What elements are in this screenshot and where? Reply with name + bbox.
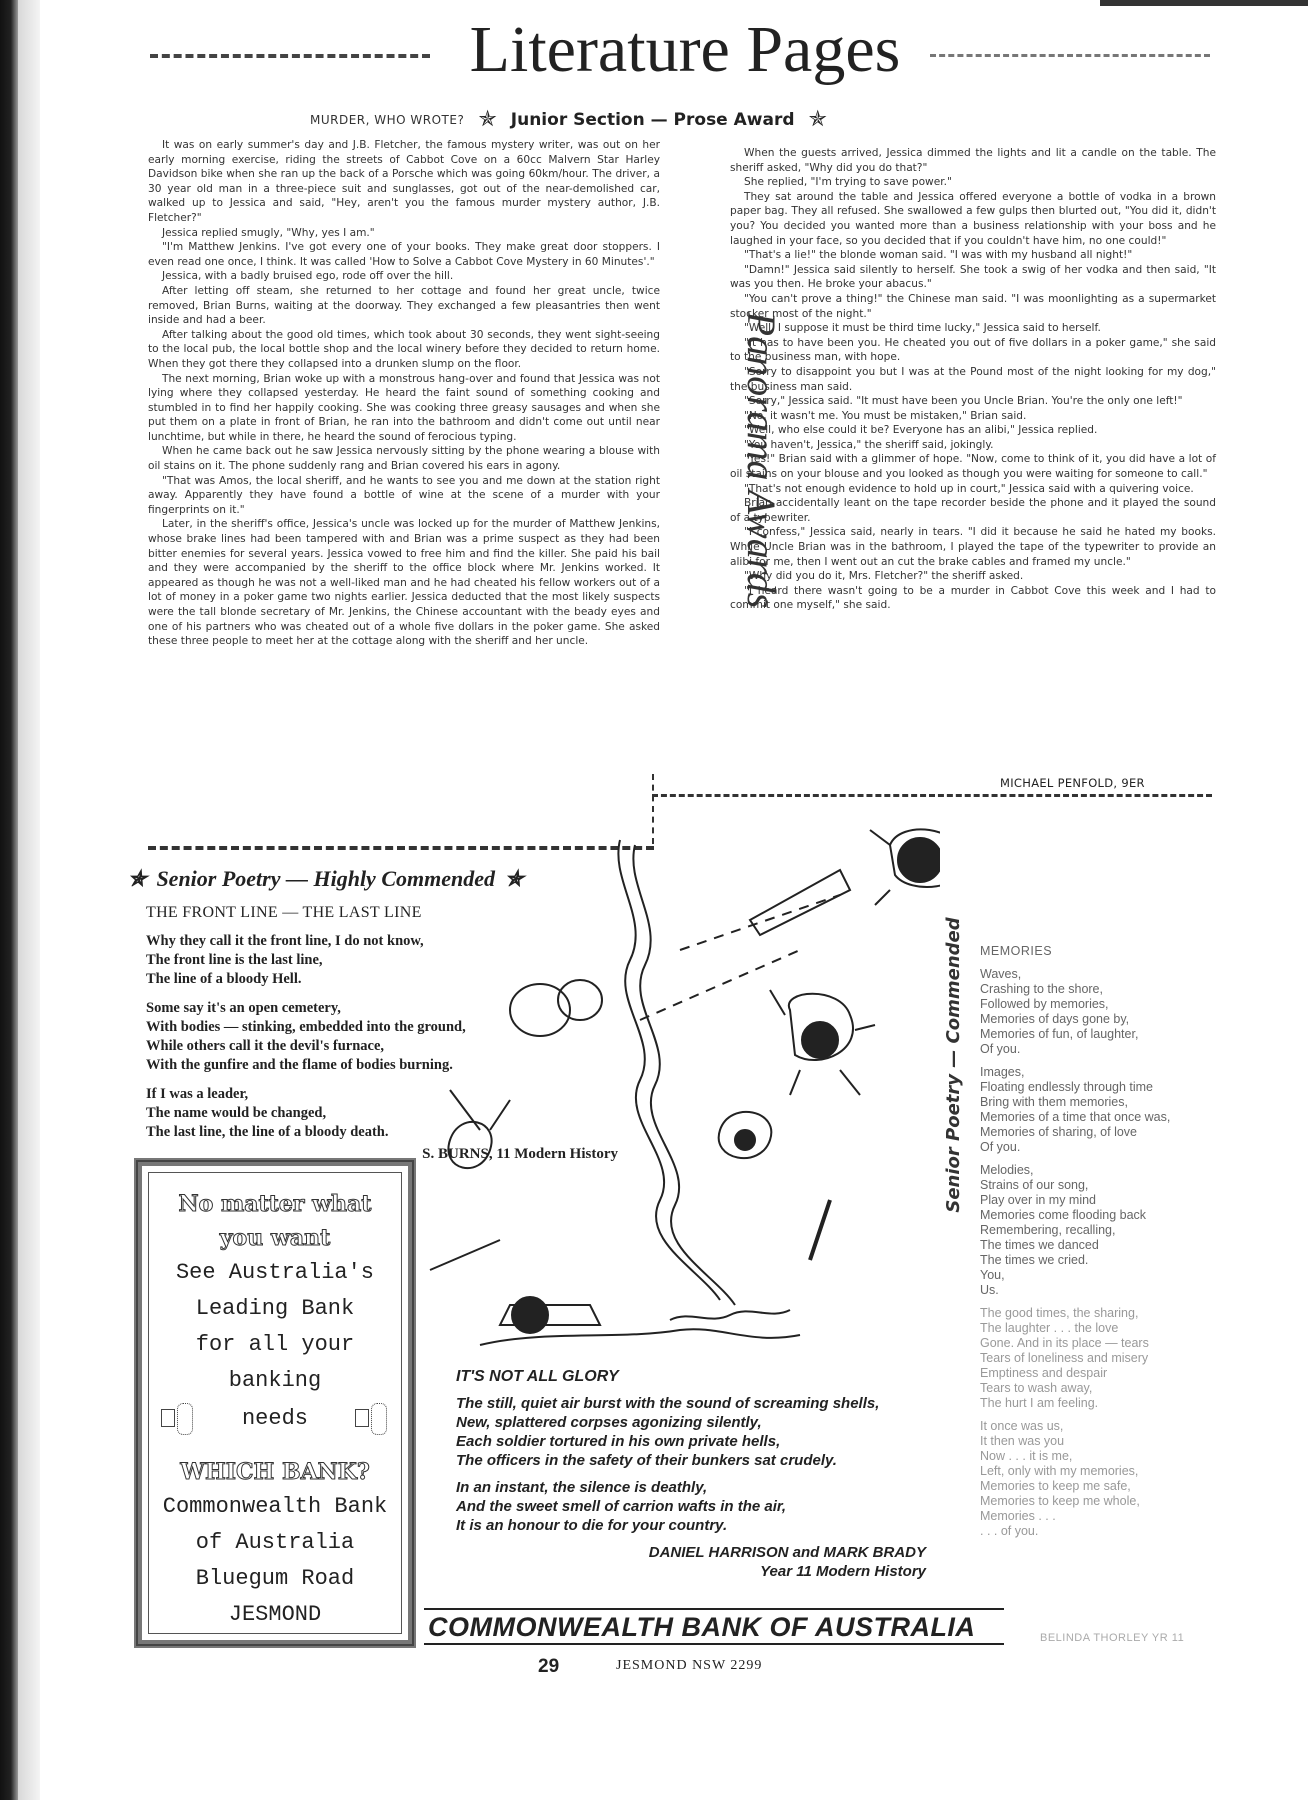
stanza: Waves, Crashing to the shore, Followed b… <box>980 967 1220 1057</box>
star-icon: ✯ <box>478 109 496 131</box>
poem-line: It is an honour to die for your country. <box>456 1516 926 1535</box>
paragraph: "That's a lie!" the blonde woman said. "… <box>730 248 1216 263</box>
poem-line: Waves, <box>980 967 1220 982</box>
paragraph: Jessica replied smugly, "Why, yes I am." <box>148 226 660 241</box>
poem-not-all-glory: IT'S NOT ALL GLORY The still, quiet air … <box>456 1368 926 1581</box>
header-dashes-left <box>150 54 430 58</box>
poem-line: Strains of our song, <box>980 1178 1220 1193</box>
book-binding-shadow <box>0 0 18 1800</box>
paragraph: After letting off steam, she returned to… <box>148 284 660 328</box>
poem-line: Melodies, <box>980 1163 1220 1178</box>
poem-author: DANIEL HARRISON and MARK BRADY <box>456 1543 926 1562</box>
poem-line: Now . . . it is me, <box>980 1449 1220 1464</box>
poem-line: Of you. <box>980 1042 1220 1057</box>
paragraph: "Sorry," Jessica said. "It must have bee… <box>730 394 1216 409</box>
ad-text: needs <box>242 1401 308 1437</box>
paragraph: She replied, "I'm trying to save power." <box>730 175 1216 190</box>
poem-line: The laughter . . . the love <box>980 1321 1220 1336</box>
war-sketch-illustration <box>420 800 940 1360</box>
ad-text: of Australia <box>149 1525 401 1561</box>
poem-line: The hurt I am feeling. <box>980 1396 1220 1411</box>
poem-line: The times we cried. <box>980 1253 1220 1268</box>
bank-sponsor-banner: COMMONWEALTH BANK OF AUSTRALIA <box>424 1608 1004 1645</box>
prose-column-left: It was on early summer's day and J.B. Fl… <box>148 138 660 649</box>
bank-name: COMMONWEALTH BANK OF AUSTRALIA <box>424 1610 1004 1643</box>
section-subheading: MURDER, WHO WROTE? ✯ Junior Section — Pr… <box>310 105 910 135</box>
page-number: 29 <box>538 1656 559 1678</box>
ad-text: See Australia's <box>149 1255 401 1291</box>
paragraph: Later, in the sheriff's office, Jessica'… <box>148 517 660 648</box>
poem-title: MEMORIES <box>980 944 1220 959</box>
poem-line: New, splattered corpses agonizing silent… <box>456 1413 926 1432</box>
poem-line: Bring with them memories, <box>980 1095 1220 1110</box>
ad-text: Bluegum Road <box>149 1561 401 1597</box>
prose-byline: MICHAEL PENFOLD, 9ER <box>1000 776 1145 790</box>
ad-text: for all your banking <box>149 1327 401 1399</box>
page-header: Literature Pages <box>150 18 1210 88</box>
paragraph: "Why did you do it, Mrs. Fletcher?" the … <box>730 569 1216 584</box>
page-gutter <box>18 0 40 1800</box>
paragraph: "Well, who else could it be? Everyone ha… <box>730 423 1216 438</box>
poem-line: Crashing to the shore, <box>980 982 1220 997</box>
poem-line: Play over in my mind <box>980 1193 1220 1208</box>
poem-line: The times we danced <box>980 1238 1220 1253</box>
star-icon: ✯ <box>128 868 146 890</box>
paragraph: "I'm Matthew Jenkins. I've got every one… <box>148 240 660 269</box>
moneybox-icon <box>161 1399 195 1439</box>
paragraph: "You haven't, Jessica," the sheriff said… <box>730 438 1216 453</box>
paragraph: "Well, I suppose it must be third time l… <box>730 321 1216 336</box>
poem-line: In an instant, the silence is deathly, <box>456 1478 926 1497</box>
paragraph: "No, it wasn't me. You must be mistaken,… <box>730 409 1216 424</box>
paragraph: "It has to have been you. He cheated you… <box>730 336 1216 365</box>
poem-line: The still, quiet air burst with the soun… <box>456 1394 926 1413</box>
paragraph: It was on early summer's day and J.B. Fl… <box>148 138 660 226</box>
ad-text: JESMOND <box>149 1597 401 1633</box>
stanza: It once was us, It then was you Now . . … <box>980 1419 1220 1539</box>
poem-title: IT'S NOT ALL GLORY <box>456 1368 926 1386</box>
poem-line: Memories . . . <box>980 1509 1220 1524</box>
commended-heading-vertical: Senior Poetry — Commended <box>943 865 973 1265</box>
paragraph: "I confess," Jessica said, nearly in tea… <box>730 525 1216 569</box>
ad-headline: No matter what <box>149 1187 401 1221</box>
paragraph: "You can't prove a thing!" the Chinese m… <box>730 292 1216 321</box>
ad-question: WHICH BANK? <box>149 1455 401 1489</box>
paragraph: After talking about the good old times, … <box>148 328 660 372</box>
story-title: MURDER, WHO WROTE? <box>310 113 464 127</box>
poem-line: Us. <box>980 1283 1220 1298</box>
poem-line: It then was you <box>980 1434 1220 1449</box>
poem-line: Memories come flooding back <box>980 1208 1220 1223</box>
paragraph: When he came back out he saw Jessica ner… <box>148 444 660 473</box>
poem-line: Memories of fun, of laughter, <box>980 1027 1220 1042</box>
paragraph: "Damn!" Jessica said silently to herself… <box>730 263 1216 292</box>
paragraph: They sat around the table and Jessica of… <box>730 190 1216 248</box>
poem-line: And the sweet smell of carrion wafts in … <box>456 1497 926 1516</box>
poem-line: You, <box>980 1268 1220 1283</box>
ad-text: Commonwealth Bank <box>149 1489 401 1525</box>
paragraph: "That was Amos, the local sheriff, and h… <box>148 474 660 518</box>
paragraph: "Yes!" Brian said with a glimmer of hope… <box>730 452 1216 481</box>
header-dashes-right <box>930 54 1210 57</box>
star-icon: ✯ <box>809 109 827 131</box>
paragraph: Brian accidentally leant on the tape rec… <box>730 496 1216 525</box>
poem-line: Memories of a time that once was, <box>980 1110 1220 1125</box>
ad-icons-row: needs <box>149 1399 401 1439</box>
bank-advertisement: No matter what you want See Australia's … <box>134 1158 416 1648</box>
poem-line: Tears of loneliness and misery <box>980 1351 1220 1366</box>
paragraph: When the guests arrived, Jessica dimmed … <box>730 146 1216 175</box>
paragraph: Jessica, with a badly bruised ego, rode … <box>148 269 660 284</box>
poem-line: Of you. <box>980 1140 1220 1155</box>
poem-line: Remembering, recalling, <box>980 1223 1220 1238</box>
poem-line: Emptiness and despair <box>980 1366 1220 1381</box>
prose-column-right: When the guests arrived, Jessica dimmed … <box>730 146 1216 613</box>
poem-memories: MEMORIES Waves, Crashing to the shore, F… <box>980 944 1220 1547</box>
paragraph: "I heard there wasn't going to be a murd… <box>730 584 1216 613</box>
poem-line: The officers in the safety of their bunk… <box>456 1451 926 1470</box>
stanza: The still, quiet air burst with the soun… <box>456 1394 926 1470</box>
divider-dashed <box>652 794 1212 797</box>
ad-content: No matter what you want See Australia's … <box>148 1172 402 1634</box>
poem-author-class: Year 11 Modern History <box>456 1562 926 1581</box>
stanza: In an instant, the silence is deathly, A… <box>456 1478 926 1535</box>
poem-line: Memories of sharing, of love <box>980 1125 1220 1140</box>
poem-line: Floating endlessly through time <box>980 1080 1220 1095</box>
paragraph: The next morning, Brian woke up with a m… <box>148 372 660 445</box>
paragraph: "Sorry to disappoint you but I was at th… <box>730 365 1216 394</box>
page-title: Literature Pages <box>435 12 935 88</box>
poem-line: Gone. And in its place — tears <box>980 1336 1220 1351</box>
ad-headline: you want <box>149 1221 401 1255</box>
scan-edge <box>1100 0 1308 6</box>
moneybox-icon <box>355 1399 389 1439</box>
stanza: Melodies, Strains of our song, Play over… <box>980 1163 1220 1298</box>
stanza: The good times, the sharing, The laughte… <box>980 1306 1220 1411</box>
poem-line: Images, <box>980 1065 1220 1080</box>
bank-address: JESMOND NSW 2299 <box>616 1658 762 1674</box>
poem-line: . . . of you. <box>980 1524 1220 1539</box>
rule-bottom <box>424 1643 1004 1645</box>
paragraph: "That's not enough evidence to hold up i… <box>730 482 1216 497</box>
poem-line: The good times, the sharing, <box>980 1306 1220 1321</box>
ad-text: Leading Bank <box>149 1291 401 1327</box>
poem-line: Memories of days gone by, <box>980 1012 1220 1027</box>
poem-line: Memories to keep me whole, <box>980 1494 1220 1509</box>
poem-line: It once was us, <box>980 1419 1220 1434</box>
poem-line: Tears to wash away, <box>980 1381 1220 1396</box>
award-category: Junior Section — Prose Award <box>511 110 795 130</box>
poem-line: Left, only with my memories, <box>980 1464 1220 1479</box>
poem-line: Memories to keep me safe, <box>980 1479 1220 1494</box>
poem-line: Followed by memories, <box>980 997 1220 1012</box>
poem-line: Each soldier tortured in his own private… <box>456 1432 926 1451</box>
poem-author: BELINDA THORLEY YR 11 <box>1040 1632 1184 1644</box>
stanza: Images, Floating endlessly through time … <box>980 1065 1220 1155</box>
